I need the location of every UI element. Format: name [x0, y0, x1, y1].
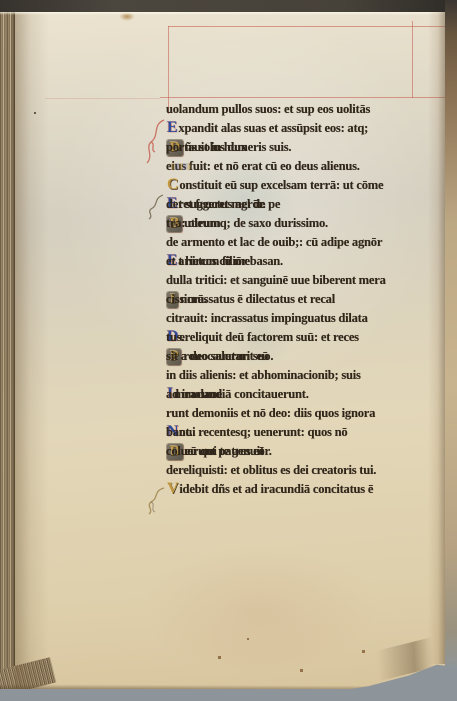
ruling-line-horizontal	[160, 97, 449, 98]
text-line: tus. Dereliquit deū factorem suū: et rec…	[166, 328, 452, 347]
text-line: et arietum filiōr basan. Et hircos cū me	[166, 252, 452, 271]
line-text: dereliquisti: et oblitus es dei creatori…	[166, 461, 376, 480]
text-line: cissimū. Incrassatus ē dilectatus et rec…	[166, 290, 452, 309]
red-penwork-flourish	[142, 117, 168, 169]
page-top-highlight	[0, 12, 450, 15]
speck	[300, 669, 303, 672]
text-block: uolandum pullos suos: et sup eos uolitās…	[166, 100, 452, 499]
text-line: ad iracundiā concitauerunt. Immolaue	[166, 385, 452, 404]
text-line: uolandum pullos suos: et sup eos uolitās	[166, 100, 452, 119]
line-text: idebit dñs et ad iracundiā concitatus ē	[179, 480, 373, 499]
manuscript-photo: uolandum pullos suos: et sup eos uolitās…	[0, 0, 457, 701]
text-line: dereliquisti: et oblitus es dei creatori…	[166, 461, 452, 480]
line-text: onstituit eū sup excelsam terrā: ut cōme	[179, 176, 383, 195]
text-line: sit a deo salutari suo. Prouocauerunt eū	[166, 347, 452, 366]
line-text: rouocauerunt eū	[183, 347, 268, 366]
text-line: deret fructus agrōr. Et suggeret mel de …	[166, 195, 452, 214]
text-line: bant. Noui recentesq; uenerunt: quos nō	[166, 423, 452, 442]
gutter-shadow	[15, 11, 49, 690]
text-line: portauit in humeris suis. Dñs solus dux	[166, 138, 452, 157]
line-text: mmolaue	[174, 385, 222, 404]
line-text: t suggeret mel de pe	[178, 195, 280, 214]
illuminated-initial: C	[166, 177, 179, 193]
ruling-line-vertical-right	[412, 21, 413, 98]
speck	[218, 656, 221, 659]
page-right-curve-shadow	[428, 12, 446, 664]
text-line: coluerunt patres eōr. Deū qui te genuit	[166, 442, 452, 461]
text-line: Constituit eū sup excelsam terrā: ut cōm…	[166, 176, 452, 195]
line-text: t hircos cū me	[178, 252, 249, 271]
illuminated-initial: E	[166, 120, 178, 136]
gold-penwork-flourish	[144, 486, 168, 516]
dark-penwork-flourish	[145, 193, 167, 221]
line-text: ñs solus dux	[185, 138, 247, 157]
line-text: runt demoniis et nō deo: diis quos ignor…	[166, 404, 375, 423]
speck	[247, 638, 249, 640]
line-text: oui recentesq; uenerunt: quos nō	[179, 423, 347, 442]
background-top	[0, 0, 457, 12]
line-filler	[171, 163, 191, 170]
line-text: in diis alienis: et abhominacionib; suis	[166, 366, 361, 385]
illuminated-initial: V	[166, 481, 179, 497]
text-line: in diis alienis: et abhominacionib; suis	[166, 366, 452, 385]
line-text: ncrassatus ē dilectatus et recal	[180, 290, 335, 309]
line-text: de armento et lac de ouib;: cū adipe agn…	[166, 233, 382, 252]
fore-edge-page-stack	[0, 11, 15, 690]
line-text: eū qui te genuit	[185, 442, 264, 461]
line-text: eius fuit: et nō erat cū eo deus alienus…	[166, 157, 360, 176]
text-line: Expandit alas suas et assūpsit eos: atq;	[166, 119, 452, 138]
text-line: citrauit: incrassatus impinguatus dilata	[166, 309, 452, 328]
text-line: runt demoniis et nō deo: diis quos ignor…	[166, 404, 452, 423]
line-text: citrauit: incrassatus impinguatus dilata	[166, 309, 368, 328]
text-line: Videbit dñs et ad iracundiā concitatus ē	[166, 480, 452, 499]
speck	[362, 650, 365, 653]
book-right-edge	[445, 0, 457, 701]
line-text: uolandum pullos suos: et sup eos uolitās	[166, 100, 370, 119]
text-line: eius fuit: et nō erat cū eo deus alienus…	[166, 157, 452, 176]
text-line: dulla tritici: et sanguinē uue biberent …	[166, 271, 452, 290]
line-text: ereliquit deū factorem suū: et reces	[179, 328, 359, 347]
line-text: xpandit alas suas et assūpsit eos: atq;	[178, 119, 368, 138]
line-text: dulla tritici: et sanguinē uue biberent …	[166, 271, 386, 290]
show-through-smudge	[140, 545, 380, 675]
ruling-line-horizontal-faint	[45, 98, 160, 99]
text-line: tra: oleumq; de saxo durissimo. Butirum	[166, 214, 452, 233]
text-line: de armento et lac de ouib;: cū adipe agn…	[166, 233, 452, 252]
ruling-line-horizontal-top	[168, 26, 449, 27]
line-text: utirum	[184, 214, 220, 233]
